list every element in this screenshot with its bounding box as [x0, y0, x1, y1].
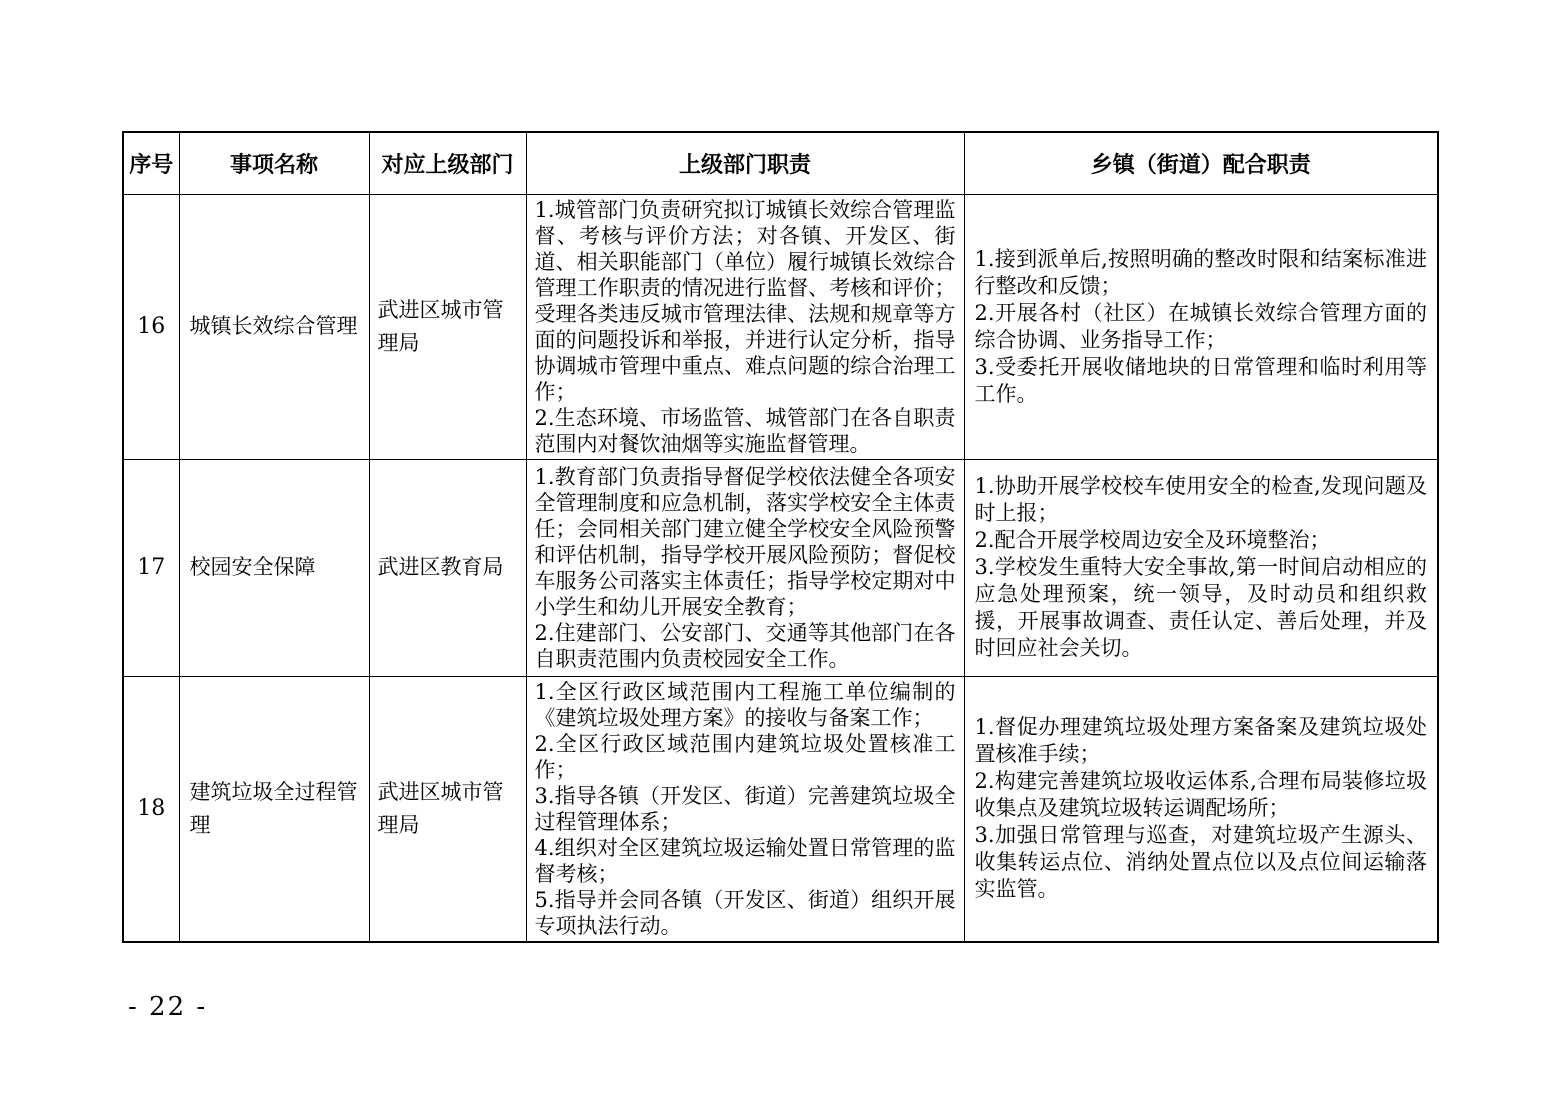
row-superior-department: 武进区城市管理局	[369, 676, 526, 942]
table-row: 16 城镇长效综合管理 武进区城市管理局 1.城管部门负责研究拟订城镇长效综合管…	[123, 194, 1438, 459]
row-superior-department: 武进区城市管理局	[369, 194, 526, 459]
table-row: 17 校园安全保障 武进区教育局 1.教育部门负责指导督促学校依法健全各项安全管…	[123, 459, 1438, 676]
header-township-duties: 乡镇（街道）配合职责	[964, 132, 1438, 194]
document-page: 序号 事项名称 对应上级部门 上级部门职责 乡镇（街道）配合职责 16 城镇长效…	[0, 0, 1559, 1102]
row-item-name: 建筑垃圾全过程管理	[179, 676, 369, 942]
row-superior-duties: 1.教育部门负责指导督促学校依法健全各项安全管理制度和应急机制，落实学校安全主体…	[526, 459, 964, 676]
row-item-name: 城镇长效综合管理	[179, 194, 369, 459]
row-superior-department: 武进区教育局	[369, 459, 526, 676]
row-township-duties: 1.督促办理建筑垃圾处理方案备案及建筑垃圾处置核准手续； 2.构建完善建筑垃圾收…	[964, 676, 1438, 942]
table-header-row: 序号 事项名称 对应上级部门 上级部门职责 乡镇（街道）配合职责	[123, 132, 1438, 194]
row-township-duties: 1.接到派单后,按照明确的整改时限和结案标准进行整改和反馈； 2.开展各村（社区…	[964, 194, 1438, 459]
header-superior-duties: 上级部门职责	[526, 132, 964, 194]
duty-table: 序号 事项名称 对应上级部门 上级部门职责 乡镇（街道）配合职责 16 城镇长效…	[122, 131, 1439, 943]
row-serial-number: 17	[123, 459, 179, 676]
header-superior-department: 对应上级部门	[369, 132, 526, 194]
page-number: - 22 -	[128, 992, 207, 1022]
header-item-name: 事项名称	[179, 132, 369, 194]
table-row: 18 建筑垃圾全过程管理 武进区城市管理局 1.全区行政区域范围内工程施工单位编…	[123, 676, 1438, 942]
header-serial-number: 序号	[123, 132, 179, 194]
row-serial-number: 16	[123, 194, 179, 459]
row-superior-duties: 1.全区行政区域范围内工程施工单位编制的《建筑垃圾处理方案》的接收与备案工作； …	[526, 676, 964, 942]
row-item-name: 校园安全保障	[179, 459, 369, 676]
row-serial-number: 18	[123, 676, 179, 942]
row-superior-duties: 1.城管部门负责研究拟订城镇长效综合管理监督、考核与评价方法；对各镇、开发区、街…	[526, 194, 964, 459]
row-township-duties: 1.协助开展学校校车使用安全的检查,发现问题及时上报； 2.配合开展学校周边安全…	[964, 459, 1438, 676]
